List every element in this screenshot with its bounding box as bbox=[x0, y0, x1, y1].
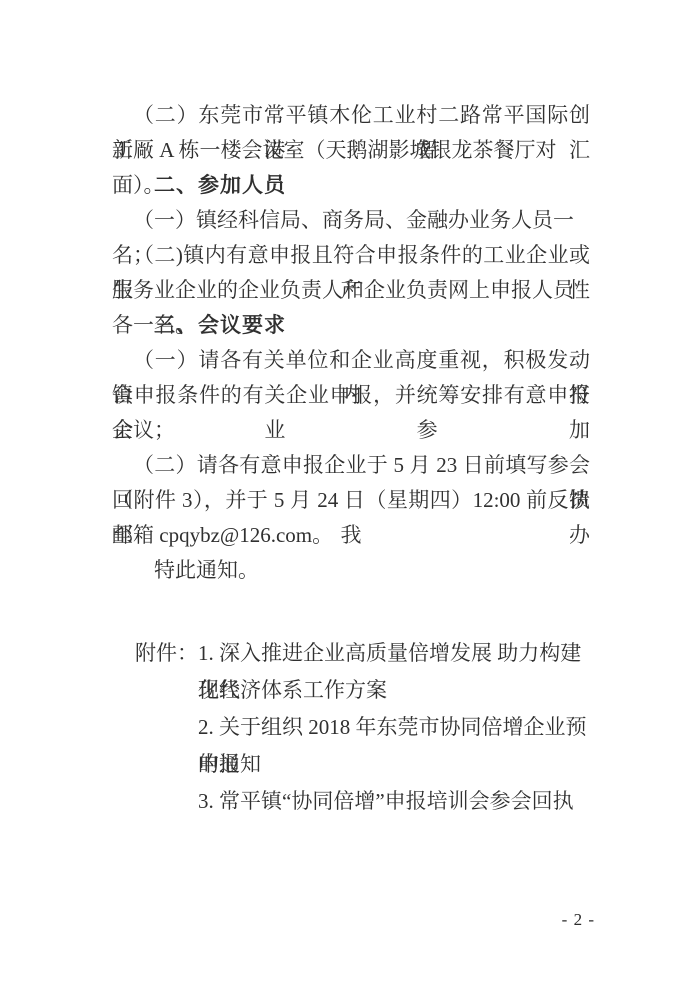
attachment-label: 附件： bbox=[135, 635, 198, 672]
notice-text-line: （二）东莞市常平镇木伦工业村二路常平国际创新港智汇 bbox=[112, 98, 590, 133]
attachment-block: 附件： 1. 深入推进企业高质量倍增发展 助力构建现代化经济体系工作方案2. 关… bbox=[135, 635, 600, 820]
notice-body: （二）东莞市常平镇木伦工业村二路常平国际创新港智汇工厰 A 栋一楼会议室（天鹅湖… bbox=[112, 98, 590, 588]
attachment-line: 化经济体系工作方案 bbox=[198, 672, 600, 709]
attachment-line: 3. 常平镇“协同倍增”申报培训会参会回执 bbox=[198, 783, 600, 820]
attachment-line: 1. 深入推进企业高质量倍增发展 助力构建现代 bbox=[198, 635, 600, 672]
notice-text-line: （一）镇经科信局、商务局、金融办业务人员一名； bbox=[112, 203, 590, 238]
notice-text-line: 特此通知。 bbox=[112, 553, 590, 588]
notice-text-line: 工厰 A 栋一楼会议室（天鹅湖影城银龙茶餐厅对面）。 bbox=[112, 133, 590, 168]
document-page: （二）东莞市常平镇木伦工业村二路常平国际创新港智汇工厰 A 栋一楼会议室（天鹅湖… bbox=[0, 0, 700, 990]
notice-text-line: （附件 3），并于 5 月 24 日（星期四）12:00 前反馈至我办 bbox=[112, 483, 590, 518]
attachment-line: 的通知 bbox=[198, 746, 600, 783]
notice-text-line: （一）请各有关单位和企业高度重视，积极发动镇内符 bbox=[112, 343, 590, 378]
notice-text-line: （二）请各有意申报企业于 5 月 23 日前填写参会回执 bbox=[112, 448, 590, 483]
notice-text-line: （二)镇内有意申报且符合申报条件的工业企业或生产性 bbox=[112, 238, 590, 273]
notice-text-line: 二、参加人员 bbox=[112, 168, 590, 203]
notice-text-line: 服务业企业的企业负责人和企业负责网上申报人员各一名。 bbox=[112, 273, 590, 308]
notice-text-line: 合申报条件的有关企业申报，并统筹安排有意申报企业参加 bbox=[112, 378, 590, 413]
page-number: - 2 - bbox=[562, 910, 595, 930]
attachment-line: 2. 关于组织 2018 年东莞市协同倍增企业预申报 bbox=[198, 709, 600, 746]
attachment-list: 1. 深入推进企业高质量倍增发展 助力构建现代化经济体系工作方案2. 关于组织 … bbox=[198, 635, 600, 820]
notice-text-line: 三、会议要求 bbox=[112, 308, 590, 343]
